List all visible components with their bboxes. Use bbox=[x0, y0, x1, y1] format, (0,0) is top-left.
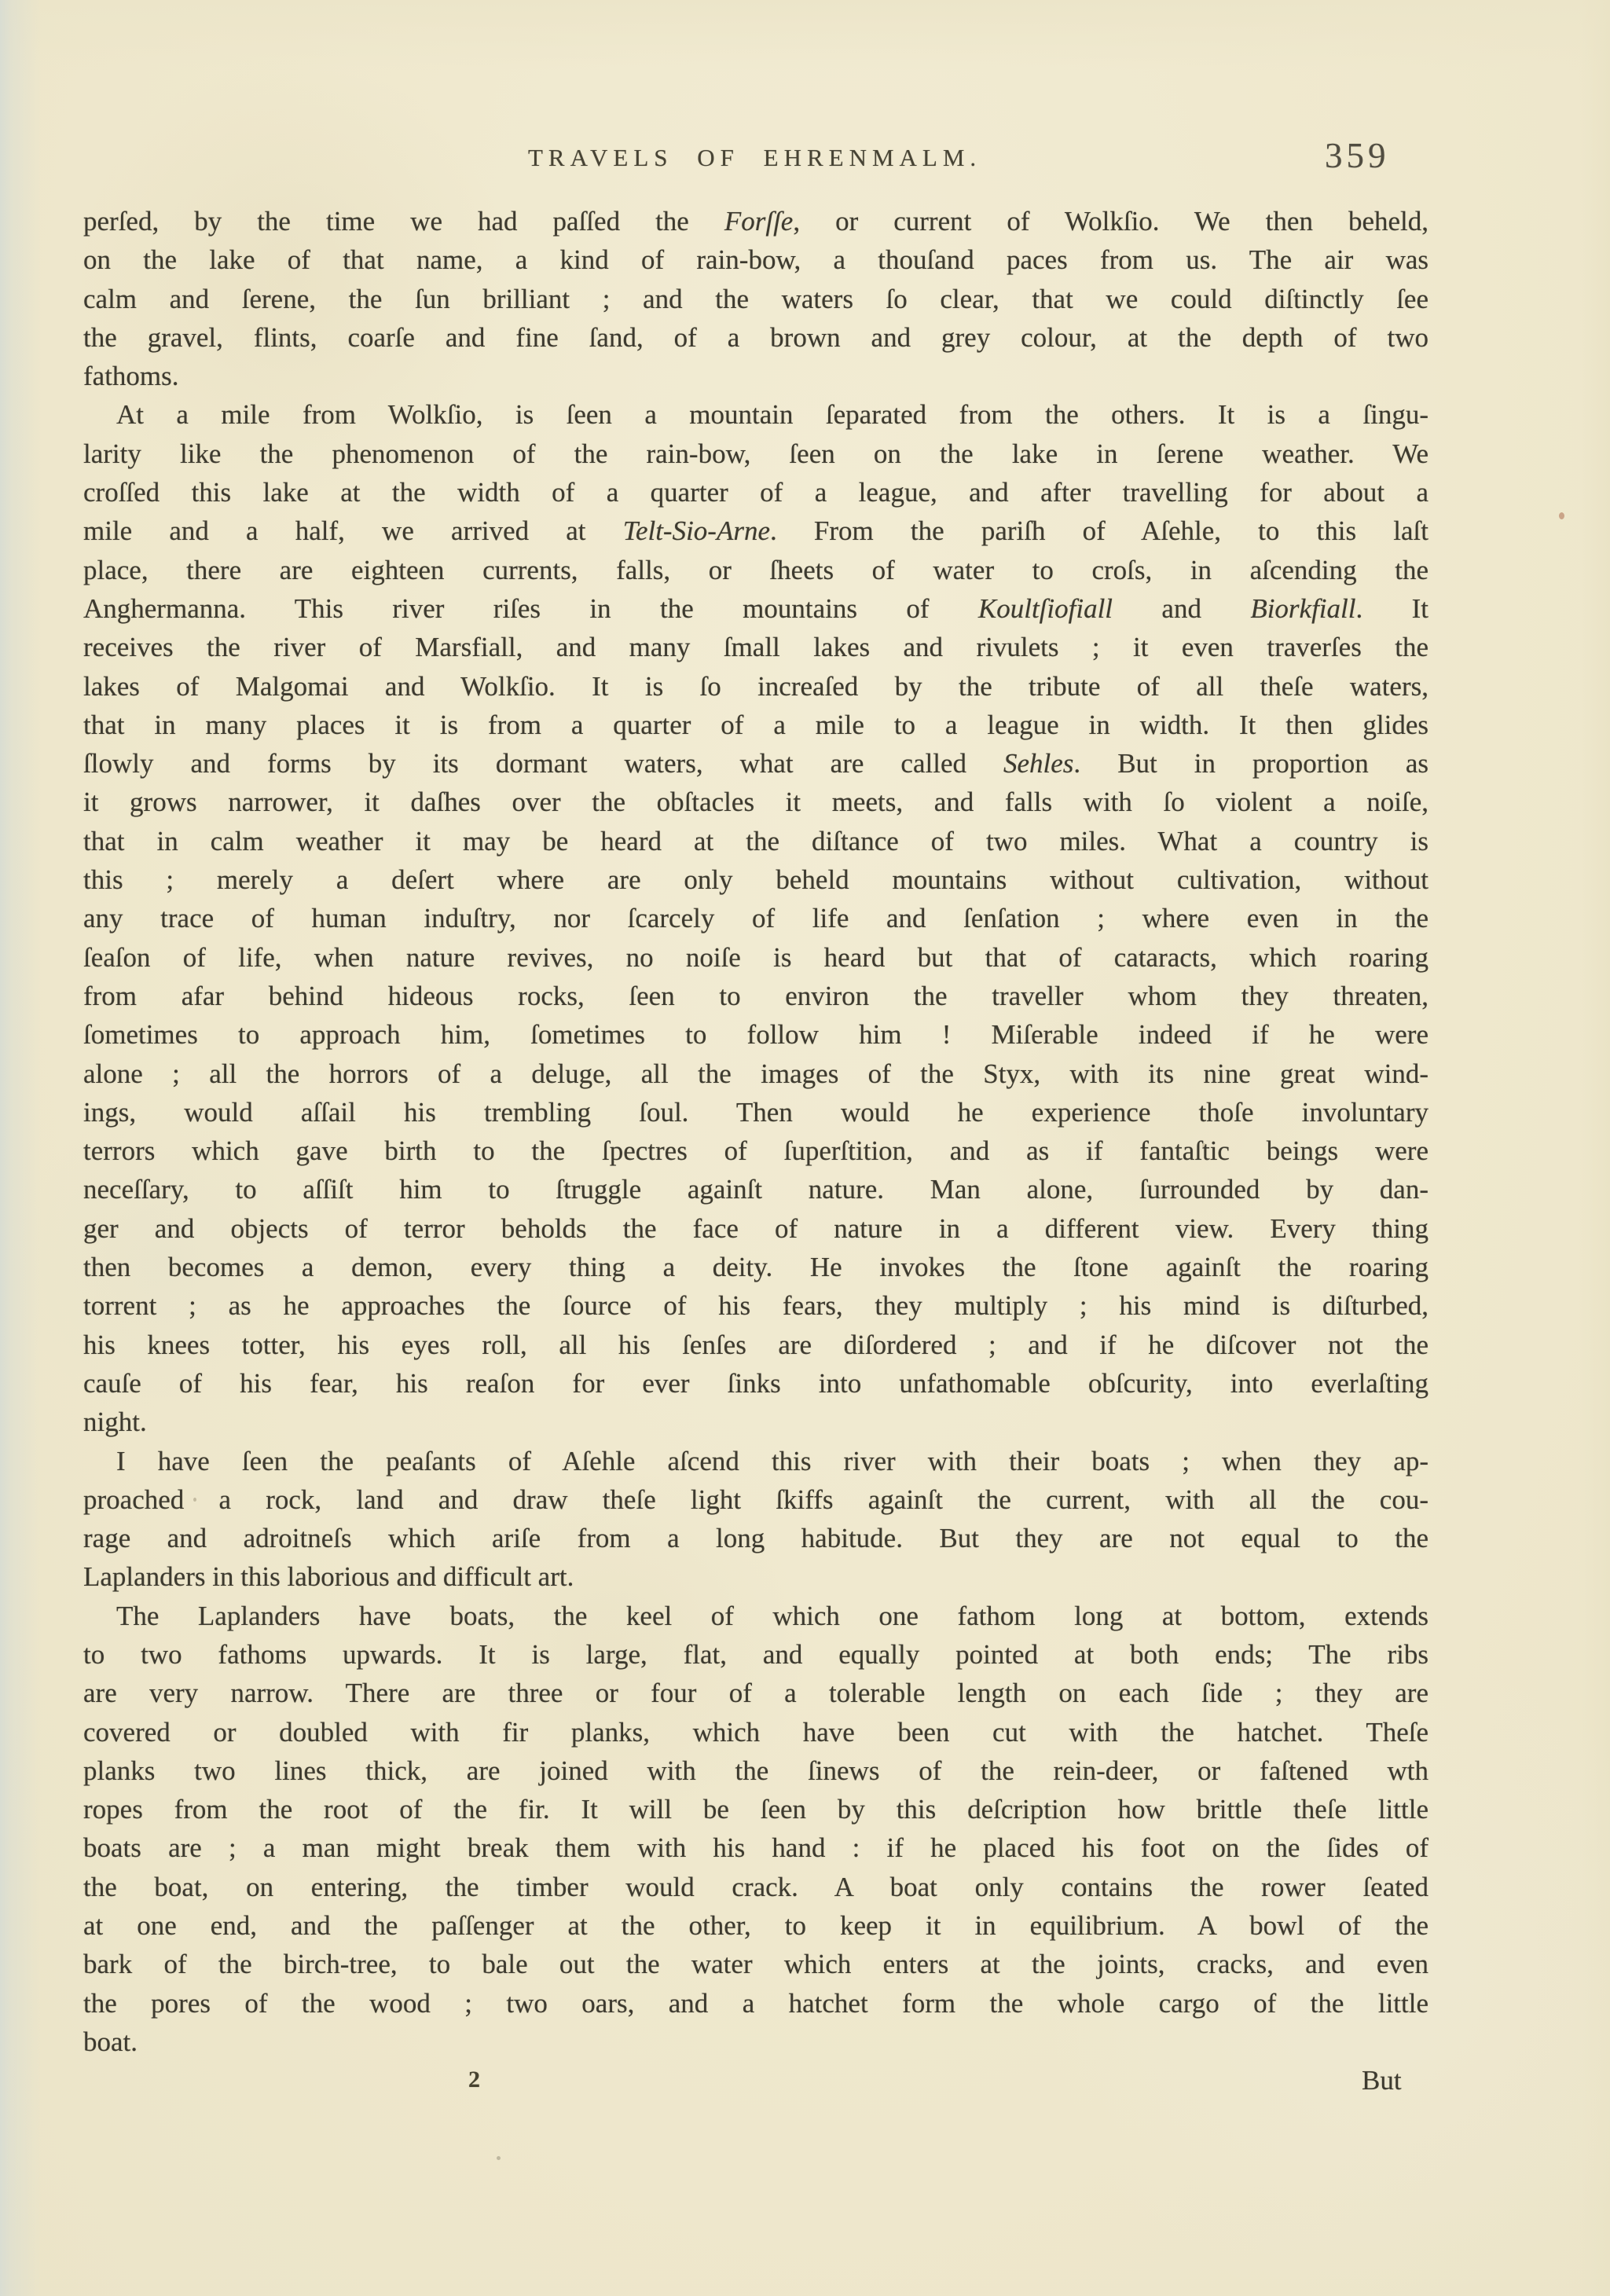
text-line: lakes of Malgomai and Wolkſio. It is ſo … bbox=[83, 667, 1428, 706]
text-line: cauſe of his fear, his reaſon for ever ſ… bbox=[83, 1364, 1428, 1403]
text-line: ropes from the root of the fir. It will … bbox=[83, 1790, 1428, 1828]
text-line: ger and objects of terror beholds the fa… bbox=[83, 1209, 1428, 1248]
text-line: calm and ſerene, the ſun brilliant ; and… bbox=[83, 280, 1428, 318]
text-line: rage and adroitneſs which ariſe from a l… bbox=[83, 1519, 1428, 1557]
text-line: larity like the phenomenon of the rain-b… bbox=[83, 435, 1428, 473]
text-line: croſſed this lake at the width of a quar… bbox=[83, 473, 1428, 512]
text-line: are very narrow. There are three or four… bbox=[83, 1674, 1428, 1712]
text-line: that in many places it is from a quarter… bbox=[83, 706, 1428, 744]
text-line: any trace of human induſtry, nor ſcarcel… bbox=[83, 899, 1428, 937]
text-line: Anghermanna. This river riſes in the mou… bbox=[83, 589, 1428, 628]
text-line: on the lake of that name, a kind of rain… bbox=[83, 240, 1428, 279]
text-line: his knees totter, his eyes roll, all his… bbox=[83, 1326, 1428, 1364]
text-line: boat. bbox=[83, 2023, 1428, 2061]
text-line: from afar behind hideous rocks, ſeen to … bbox=[83, 977, 1428, 1015]
text-line: terrors which gave birth to the ſpectres… bbox=[83, 1131, 1428, 1170]
text-line: that in calm weather it may be heard at … bbox=[83, 822, 1428, 860]
signature-mark: 2 bbox=[468, 2067, 480, 2093]
text-line: the boat, on entering, the timber would … bbox=[83, 1868, 1428, 1906]
text-line: planks two lines thick, are joined with … bbox=[83, 1751, 1428, 1790]
text-line: night. bbox=[83, 1403, 1428, 1441]
text-line: neceſſary, to aſſiſt him to ſtruggle aga… bbox=[83, 1170, 1428, 1209]
page-number: 359 bbox=[1325, 135, 1390, 176]
text-line: the gravel, flints, coarſe and fine ſand… bbox=[83, 318, 1428, 357]
text-line: torrent ; as he approaches the ſource of… bbox=[83, 1286, 1428, 1325]
text-line: At a mile from Wolkſio, is ſeen a mounta… bbox=[83, 395, 1428, 434]
text-line: then becomes a demon, every thing a deit… bbox=[83, 1248, 1428, 1286]
text-line: boats are ; a man might break them with … bbox=[83, 1828, 1428, 1867]
text-line: covered or doubled with fir planks, whic… bbox=[83, 1713, 1428, 1751]
text-line: ſlowly and forms by its dormant waters, … bbox=[83, 744, 1428, 783]
text-line: this ; merely a deſert where are only be… bbox=[83, 860, 1428, 899]
text-line: to two fathoms upwards. It is large, fla… bbox=[83, 1635, 1428, 1674]
text-line: bark of the birch-tree, to bale out the … bbox=[83, 1945, 1428, 1983]
text-line: it grows narrower, it daſhes over the ob… bbox=[83, 783, 1428, 821]
text-line: ings, would aſſail his trembling ſoul. T… bbox=[83, 1093, 1428, 1131]
text-line: I have ſeen the peaſants of Aſehle aſcen… bbox=[83, 1442, 1428, 1480]
text-line: at one end, and the paſſenger at the oth… bbox=[83, 1906, 1428, 1945]
text-line: alone ; all the horrors of a deluge, all… bbox=[83, 1054, 1428, 1093]
text-line: the pores of the wood ; two oars, and a … bbox=[83, 1984, 1428, 2023]
running-title: TRAVELS OF EHRENMALM. bbox=[528, 144, 981, 172]
text-line: proached a rock, land and draw theſe lig… bbox=[83, 1480, 1428, 1519]
text-line: perſed, by the time we had paſſed the Fo… bbox=[83, 202, 1428, 240]
book-page-scan: TRAVELS OF EHRENMALM. 359 perſed, by the… bbox=[0, 0, 1610, 2296]
text-line: place, there are eighteen currents, fall… bbox=[83, 551, 1428, 589]
text-line: mile and a half, we arrived at Telt-Sio-… bbox=[83, 512, 1428, 550]
catchword: But bbox=[1362, 2065, 1402, 2096]
foxing-speck bbox=[1559, 512, 1564, 519]
text-line: receives the river of Marsfiall, and man… bbox=[83, 628, 1428, 666]
text-line: fathoms. bbox=[83, 357, 1428, 395]
text-line: Laplanders in this laborious and difficu… bbox=[83, 1557, 1428, 1596]
text-line: ſeaſon of life, when nature revives, no … bbox=[83, 938, 1428, 977]
foxing-speck bbox=[497, 2156, 501, 2160]
text-line: ſometimes to approach him, ſometimes to … bbox=[83, 1015, 1428, 1054]
body-text: perſed, by the time we had paſſed the Fo… bbox=[83, 202, 1428, 2061]
text-line: The Laplanders have boats, the keel of w… bbox=[83, 1597, 1428, 1635]
